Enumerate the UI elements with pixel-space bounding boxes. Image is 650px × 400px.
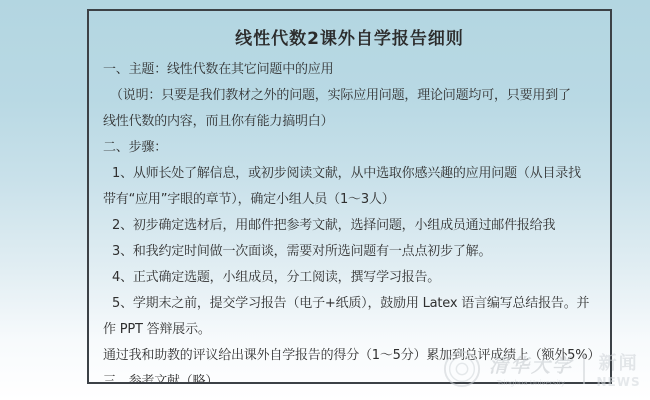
line-steps-heading: 二、步骤： — [103, 135, 602, 161]
line-step-1a: 1、从师长处了解信息，或初步阅读文献，从中选取你感兴趣的应用问题（从目录找 — [103, 161, 602, 187]
slide-background: { "document": { "title": "线性代数2课外自学报告细则"… — [0, 0, 650, 400]
line-topic: 一、主题：线性代数在其它问题中的应用 — [103, 57, 602, 83]
line-references: 三、参考文献（略） — [103, 369, 602, 384]
line-step-5a: 5、学期末之前，提交学习报告（电子+纸质），鼓励用 Latex 语言编写总结报告… — [103, 291, 602, 317]
line-step-4: 4、正式确定选题，小组成员，分工阅读，撰写学习报告。 — [103, 265, 602, 291]
line-step-3: 3、和我约定时间做一次面谈，需要对所选问题有一点点初步了解。 — [103, 239, 602, 265]
report-bordered-box: 线性代数2课外自学报告细则 一、主题：线性代数在其它问题中的应用 （说明：只要是… — [87, 9, 612, 384]
line-step-1b: 带有“应用”字眼的章节），确定小组人员（1～3人） — [103, 187, 602, 213]
document-title: 线性代数2课外自学报告细则 — [89, 24, 610, 49]
line-step-2: 2、初步确定选材后，用邮件把参考文献，选择问题，小组成员通过邮件报给我 — [103, 213, 602, 239]
line-step-5b: 作 PPT 答辩展示。 — [103, 317, 602, 343]
line-grading: 通过我和助教的评议给出课外自学报告的得分（1～5分）累加到总评成绩上（额外5%） — [103, 343, 602, 369]
document-body: 一、主题：线性代数在其它问题中的应用 （说明：只要是我们教材之外的问题，实际应用… — [89, 57, 610, 384]
line-topic-note-2: 线性代数的内容，而且你有能力搞明白） — [103, 109, 602, 135]
line-topic-note-1: （说明：只要是我们教材之外的问题，实际应用问题，理论问题均可，只要用到了 — [103, 83, 602, 109]
